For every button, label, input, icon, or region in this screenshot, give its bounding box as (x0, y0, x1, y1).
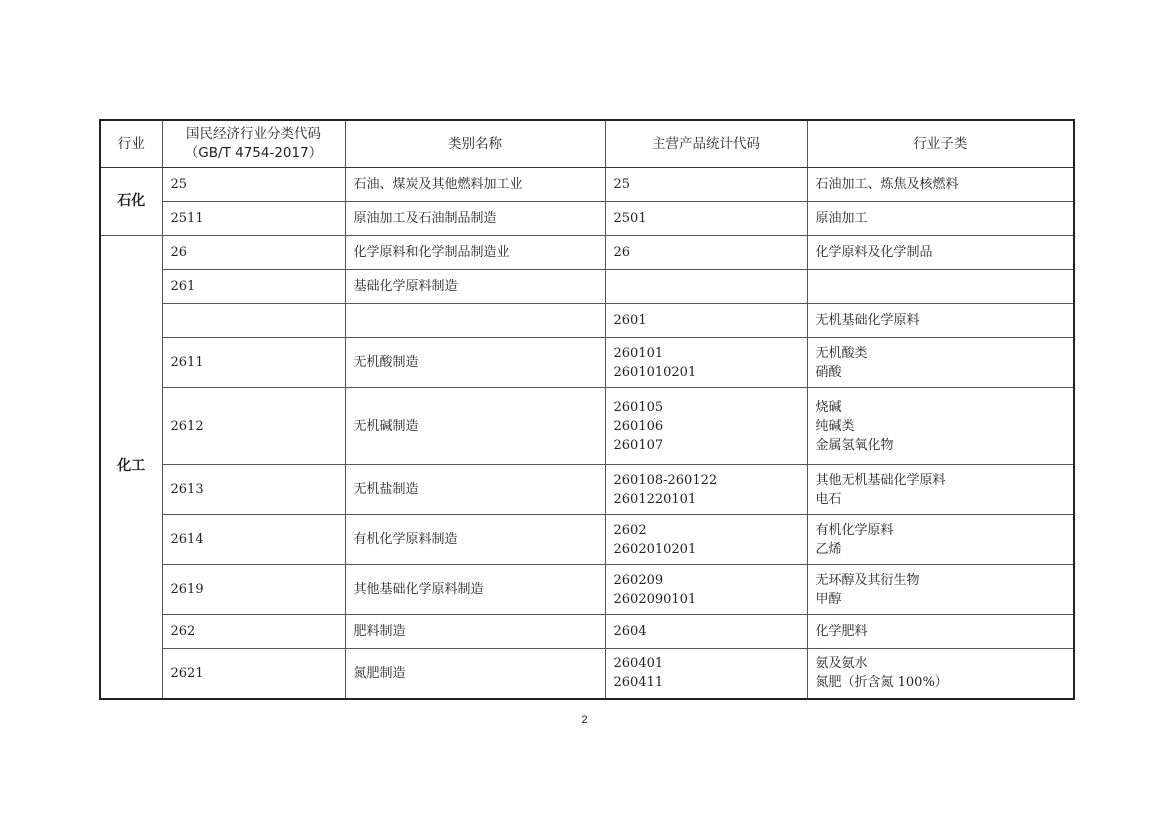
product-code-cell: 260105260106260107 (605, 388, 807, 465)
product-code: 260401 (614, 654, 799, 673)
table-body: 石化25石油、煤炭及其他燃料加工业25石油加工、炼焦及核燃料2511原油加工及石… (100, 168, 1074, 699)
product-code: 26 (614, 243, 799, 262)
subcategory-cell: 其他无机基础化学原料电石 (807, 465, 1074, 515)
category-name-cell: 无机酸制造 (345, 338, 605, 388)
gb-code-cell: 2613 (162, 465, 345, 515)
product-code: 2601220101 (614, 490, 799, 509)
header-product-code: 主营产品统计代码 (605, 120, 807, 168)
product-code: 2604 (614, 622, 799, 641)
product-code: 260105 (614, 398, 799, 417)
product-code: 25 (614, 175, 799, 194)
category-name-cell: 有机化学原料制造 (345, 515, 605, 565)
header-industry: 行业 (100, 120, 162, 168)
category-name-cell: 无机碱制造 (345, 388, 605, 465)
industry-cell: 石化 (100, 168, 162, 236)
subcategory-cell: 化学原料及化学制品 (807, 236, 1074, 270)
product-code-cell: 2601 (605, 304, 807, 338)
gb-code-cell: 2621 (162, 649, 345, 699)
product-code: 260107 (614, 436, 799, 455)
table-header-row: 行业 国民经济行业分类代码（GB/T 4754-2017） 类别名称 主营产品统… (100, 120, 1074, 168)
product-code-cell: 2601012601010201 (605, 338, 807, 388)
subcategory: 乙烯 (816, 540, 1066, 559)
product-code-cell: 260108-2601222601220101 (605, 465, 807, 515)
header-gb-code: 国民经济行业分类代码（GB/T 4754-2017） (162, 120, 345, 168)
subcategory: 硝酸 (816, 363, 1066, 382)
category-name-cell: 石油、煤炭及其他燃料加工业 (345, 168, 605, 202)
product-code: 260209 (614, 571, 799, 590)
subcategory: 原油加工 (816, 209, 1066, 228)
table-row: 261基础化学原料制造 (100, 270, 1074, 304)
gb-code-cell: 2611 (162, 338, 345, 388)
gb-code-cell: 2612 (162, 388, 345, 465)
subcategory: 无机基础化学原料 (816, 311, 1066, 330)
subcategory: 有机化学原料 (816, 521, 1066, 540)
product-code-cell: 26 (605, 236, 807, 270)
table-row: 2621氮肥制造260401260411氨及氨水氮肥（折含氮 100%） (100, 649, 1074, 699)
table-row: 2619其他基础化学原料制造2602092602090101无环醇及其衍生物甲醇 (100, 565, 1074, 615)
table-row: 2511原油加工及石油制品制造2501原油加工 (100, 202, 1074, 236)
product-code: 2602090101 (614, 590, 799, 609)
product-code: 260108-260122 (614, 471, 799, 490)
gb-code-cell: 25 (162, 168, 345, 202)
page-number: 2 (0, 714, 1169, 726)
subcategory: 甲醇 (816, 590, 1066, 609)
category-name-cell: 原油加工及石油制品制造 (345, 202, 605, 236)
table-row: 262肥料制造2604化学肥料 (100, 615, 1074, 649)
gb-code-cell: 2511 (162, 202, 345, 236)
category-name-cell: 氮肥制造 (345, 649, 605, 699)
product-code: 2601 (614, 311, 799, 330)
category-name-cell: 化学原料和化学制品制造业 (345, 236, 605, 270)
product-code-cell: 2604 (605, 615, 807, 649)
product-code: 260411 (614, 673, 799, 692)
subcategory: 烧碱 (816, 398, 1066, 417)
product-code-cell: 260401260411 (605, 649, 807, 699)
gb-code-cell: 261 (162, 270, 345, 304)
subcategory: 化学肥料 (816, 622, 1066, 641)
product-code: 260101 (614, 344, 799, 363)
header-category-name: 类别名称 (345, 120, 605, 168)
gb-code-cell: 26 (162, 236, 345, 270)
subcategory-cell: 石油加工、炼焦及核燃料 (807, 168, 1074, 202)
industry-classification-table: 行业 国民经济行业分类代码（GB/T 4754-2017） 类别名称 主营产品统… (99, 119, 1075, 700)
product-code-cell: 2602092602090101 (605, 565, 807, 615)
product-code: 2602010201 (614, 540, 799, 559)
subcategory-cell (807, 270, 1074, 304)
product-code: 260106 (614, 417, 799, 436)
subcategory: 电石 (816, 490, 1066, 509)
subcategory: 氮肥（折含氮 100%） (816, 673, 1066, 692)
subcategory-cell: 烧碱纯碱类金属氢氧化物 (807, 388, 1074, 465)
subcategory-cell: 氨及氨水氮肥（折含氮 100%） (807, 649, 1074, 699)
subcategory: 其他无机基础化学原料 (816, 471, 1066, 490)
subcategory: 石油加工、炼焦及核燃料 (816, 175, 1066, 194)
product-code-cell: 2501 (605, 202, 807, 236)
subcategory: 氨及氨水 (816, 654, 1066, 673)
subcategory-cell: 无环醇及其衍生物甲醇 (807, 565, 1074, 615)
subcategory: 纯碱类 (816, 417, 1066, 436)
gb-code-cell: 2619 (162, 565, 345, 615)
subcategory-cell: 无机基础化学原料 (807, 304, 1074, 338)
subcategory: 无环醇及其衍生物 (816, 571, 1066, 590)
category-name-cell (345, 304, 605, 338)
industry-cell: 化工 (100, 236, 162, 699)
product-code: 2501 (614, 209, 799, 228)
product-code-cell: 26022602010201 (605, 515, 807, 565)
category-name-cell: 其他基础化学原料制造 (345, 565, 605, 615)
subcategory-cell: 原油加工 (807, 202, 1074, 236)
gb-code-cell: 2614 (162, 515, 345, 565)
gb-code-cell (162, 304, 345, 338)
category-name-cell: 基础化学原料制造 (345, 270, 605, 304)
table-row: 2601无机基础化学原料 (100, 304, 1074, 338)
product-code: 2601010201 (614, 363, 799, 382)
subcategory-cell: 化学肥料 (807, 615, 1074, 649)
subcategory-cell: 无机酸类硝酸 (807, 338, 1074, 388)
table-row: 2611无机酸制造2601012601010201无机酸类硝酸 (100, 338, 1074, 388)
subcategory-cell: 有机化学原料乙烯 (807, 515, 1074, 565)
product-code-cell (605, 270, 807, 304)
product-code: 2602 (614, 521, 799, 540)
table-row: 2612无机碱制造260105260106260107烧碱纯碱类金属氢氧化物 (100, 388, 1074, 465)
gb-code-cell: 262 (162, 615, 345, 649)
table-row: 石化25石油、煤炭及其他燃料加工业25石油加工、炼焦及核燃料 (100, 168, 1074, 202)
subcategory: 无机酸类 (816, 344, 1066, 363)
header-subcategory: 行业子类 (807, 120, 1074, 168)
table-row: 2614有机化学原料制造26022602010201有机化学原料乙烯 (100, 515, 1074, 565)
product-code-cell: 25 (605, 168, 807, 202)
subcategory: 金属氢氧化物 (816, 436, 1066, 455)
table-row: 化工26化学原料和化学制品制造业26化学原料及化学制品 (100, 236, 1074, 270)
table-row: 2613无机盐制造260108-2601222601220101其他无机基础化学… (100, 465, 1074, 515)
category-name-cell: 无机盐制造 (345, 465, 605, 515)
subcategory: 化学原料及化学制品 (816, 243, 1066, 262)
category-name-cell: 肥料制造 (345, 615, 605, 649)
document-page: 行业 国民经济行业分类代码（GB/T 4754-2017） 类别名称 主营产品统… (0, 0, 1169, 826)
